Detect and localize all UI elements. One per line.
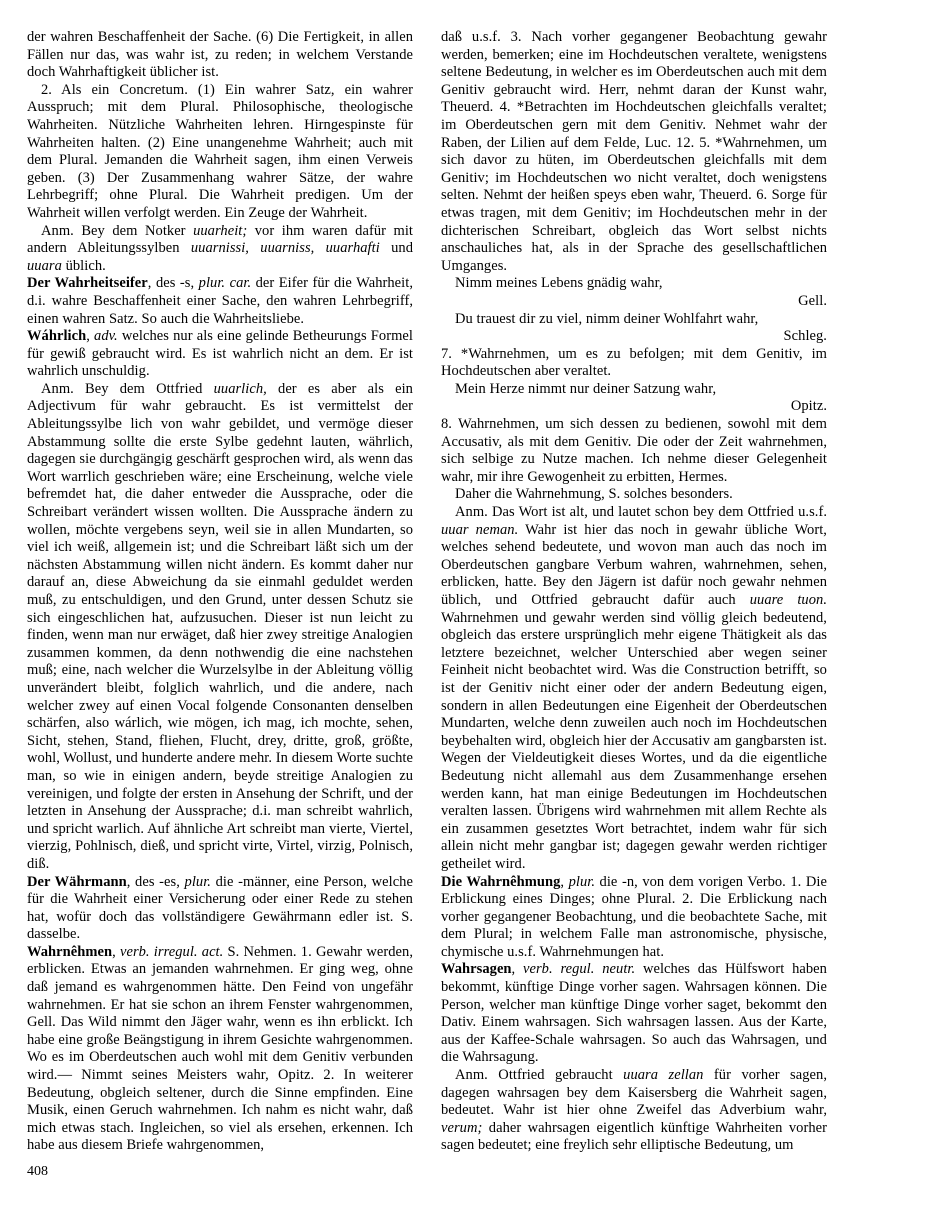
text-run: Nimm meines Lebens gnädig wahr, xyxy=(455,275,663,291)
italic-term: adv. xyxy=(94,328,118,344)
paragraph: Daher die Wahrnehmung, S. solches besond… xyxy=(441,486,827,504)
page-number: 408 xyxy=(27,1164,48,1180)
verse-attribution: Schleg. xyxy=(441,328,827,346)
italic-term: uuare tuon. xyxy=(750,592,827,608)
text-run: üblich. xyxy=(62,258,106,274)
text-run: daß u.s.f. 3. Nach vorher gegangener Beo… xyxy=(441,29,827,274)
italic-term: verb. regul. neutr. xyxy=(523,961,635,977)
text-run: Anm. Ottfried gebraucht xyxy=(455,1067,623,1083)
text-run: und xyxy=(380,240,413,256)
paragraph: Die Wahrnêhmung, plur. die -n, von dem v… xyxy=(441,874,827,962)
text-run: S. Nehmen. 1. Gewahr werden, erblicken. … xyxy=(27,944,413,1154)
italic-term: plur. car. xyxy=(199,275,251,291)
paragraph: 2. Als ein Concretum. (1) Ein wahrer Sat… xyxy=(27,82,413,223)
text-run: , xyxy=(86,328,94,344)
text-run: , des -s, xyxy=(148,275,199,291)
verse-line: Nimm meines Lebens gnädig wahr, xyxy=(441,275,827,293)
italic-term: verum; xyxy=(441,1120,482,1136)
paragraph: 7. *Wahrnehmen, um es zu befolgen; mit d… xyxy=(441,346,827,381)
headword: Die Wahrnêhmung xyxy=(441,874,560,890)
text-run: Opitz. xyxy=(791,398,827,414)
text-run: daher wahrsagen eigentlich künftige Wahr… xyxy=(441,1120,827,1154)
text-run: der wahren Beschaffenheit der Sache. (6)… xyxy=(27,29,413,80)
paragraph: daß u.s.f. 3. Nach vorher gegangener Beo… xyxy=(441,29,827,275)
italic-term: plur. xyxy=(569,874,595,890)
verse-attribution: Opitz. xyxy=(441,398,827,416)
text-run: , des -es, xyxy=(127,874,185,890)
paragraph: Wahrnêhmen, verb. irregul. act. S. Nehme… xyxy=(27,944,413,1155)
verse-attribution: Gell. xyxy=(441,293,827,311)
italic-term: uuar neman. xyxy=(441,522,518,538)
text-run: der es aber als ein Adjectivum für wahr … xyxy=(27,381,413,872)
paragraph: Der Währmann, des -es, plur. die -männer… xyxy=(27,874,413,944)
text-run: Wahrnehmen und gewahr werden sind völlig… xyxy=(441,610,827,872)
paragraph: Anm. Bey dem Notker uuarheit; vor ihm wa… xyxy=(27,223,413,276)
paragraph: 8. Wahrnehmen, um sich dessen zu bediene… xyxy=(441,416,827,486)
text-run: Anm. Das Wort ist alt, und lautet schon … xyxy=(455,504,827,520)
paragraph: Der Wahrheitseifer, des -s, plur. car. d… xyxy=(27,275,413,328)
text-run: 8. Wahrnehmen, um sich dessen zu bediene… xyxy=(441,416,827,485)
verse-line: Du trauest dir zu viel, nimm deiner Wohl… xyxy=(441,311,827,329)
paragraph: Anm. Bey dem Ottfried uuarlich, der es a… xyxy=(27,381,413,874)
headword: Wahrnêhmen xyxy=(27,944,112,960)
text-run: Anm. Bey dem Notker xyxy=(41,223,193,239)
dictionary-page: der wahren Beschaffenheit der Sache. (6)… xyxy=(0,0,935,1210)
paragraph: Anm. Das Wort ist alt, und lautet schon … xyxy=(441,504,827,873)
italic-term: uuarlich, xyxy=(214,381,267,397)
text-run: Daher die Wahrnehmung, S. solches besond… xyxy=(455,486,733,502)
text-run: , xyxy=(112,944,120,960)
text-run: Gell. xyxy=(798,293,827,309)
italic-term: plur. xyxy=(185,874,211,890)
text-run: Mein Herze nimmt nur deiner Satzung wahr… xyxy=(455,381,716,397)
paragraph: Wáhrlich, adv. welches nur als eine geli… xyxy=(27,328,413,381)
headword: Wáhrlich xyxy=(27,328,86,344)
text-run: Schleg. xyxy=(784,328,827,344)
text-run: Du trauest dir zu viel, nimm deiner Wohl… xyxy=(455,311,758,327)
italic-term: verb. irregul. act. xyxy=(120,944,223,960)
headword: Wahrsagen xyxy=(441,961,512,977)
text-run: , xyxy=(560,874,568,890)
italic-term: uuara xyxy=(27,258,62,274)
left-column: der wahren Beschaffenheit der Sache. (6)… xyxy=(27,29,413,1163)
text-run: , xyxy=(512,961,523,977)
paragraph: Wahrsagen, verb. regul. neutr. welches d… xyxy=(441,961,827,1067)
paragraph: Anm. Ottfried gebraucht uuara zellan für… xyxy=(441,1067,827,1155)
right-column: daß u.s.f. 3. Nach vorher gegangener Beo… xyxy=(441,29,827,1163)
text-run: Anm. Bey dem Ottfried xyxy=(41,381,214,397)
paragraph: der wahren Beschaffenheit der Sache. (6)… xyxy=(27,29,413,82)
text-run: 2. Als ein Concretum. (1) Ein wahrer Sat… xyxy=(27,82,413,221)
verse-line: Mein Herze nimmt nur deiner Satzung wahr… xyxy=(441,381,827,399)
italic-term: uuarheit; xyxy=(193,223,247,239)
headword: Der Wahrheitseifer xyxy=(27,275,148,291)
italic-term: uuarnissi, uuarniss, uuarhafti xyxy=(191,240,380,256)
headword: Der Währmann xyxy=(27,874,127,890)
italic-term: uuara zellan xyxy=(623,1067,703,1083)
text-run: 7. *Wahrnehmen, um es zu befolgen; mit d… xyxy=(441,346,827,380)
